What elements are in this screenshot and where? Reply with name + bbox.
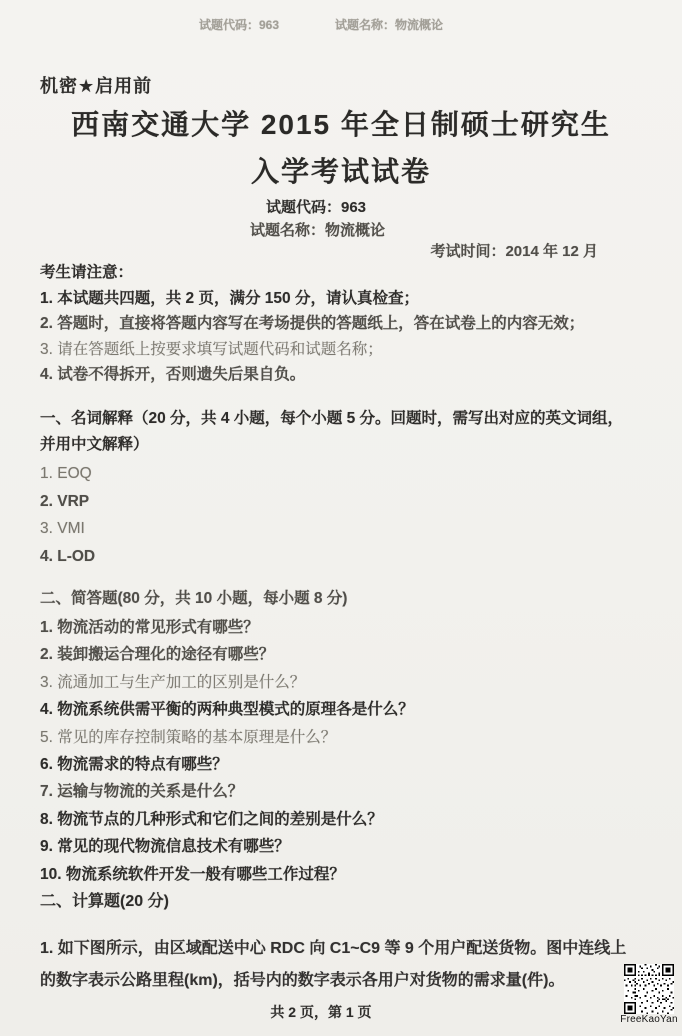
page-number: 共 2 页，第 1 页 [0,1002,682,1022]
notice-item: 4. 试卷不得拆开，否则遗失后果自负。 [40,362,655,388]
running-header: 试题代码：963 试题名称：物流概论 [0,16,682,33]
exam-title-line2: 入学考试试卷 [0,148,682,195]
list-item: 3. VMI [40,515,636,543]
exam-title-line1: 西南交通大学 2015 年全日制硕士研究生 [0,101,682,148]
watermark-caption: FreeKaoYan [619,1014,679,1025]
section3-problem-text: 1. 如下图所示，由区域配送中心 RDC 向 C1~C9 等 9 个用户配送货物… [40,933,640,997]
list-item: 4. 物流系统供需平衡的两种典型模式的原理各是什么？ [40,696,655,723]
running-header-name: 试题名称：物流概论 [335,16,443,33]
list-item: 1. EOQ [40,460,636,488]
section3-heading: 二、计算题(20 分) [40,888,640,916]
section-short-answer: 二、简答题(80 分，共 10 小题，每小题 8 分) 1. 物流活动的常见形式… [40,584,655,888]
section-calculation: 二、计算题(20 分) 1. 如下图所示，由区域配送中心 RDC 向 C1~C9… [40,888,640,997]
list-item: 9. 常见的现代物流信息技术有哪些？ [40,833,655,860]
list-item: 3. 流通加工与生产加工的区别是什么？ [40,669,655,696]
list-item: 8. 物流节点的几种形式和它们之间的差别是什么？ [40,806,655,833]
list-item: 6. 物流需求的特点有哪些？ [40,751,655,778]
list-item: 7. 运输与物流的关系是什么？ [40,778,655,805]
exam-title: 西南交通大学 2015 年全日制硕士研究生 入学考试试卷 [0,101,682,195]
list-item: 2. 装卸搬运合理化的途径有哪些？ [40,641,655,668]
exam-time: 考试时间：2014 年 12 月 [0,240,598,261]
section2-heading: 二、简答题(80 分，共 10 小题，每小题 8 分) [40,584,655,614]
qr-code-icon [624,964,674,1014]
exam-code: 试题代码：963 [250,196,385,219]
notice-heading: 考生请注意： [40,260,655,286]
running-header-code: 试题代码：963 [199,16,279,33]
list-item: 1. 物流活动的常见形式有哪些？ [40,614,655,641]
list-item: 5. 常见的库存控制策略的基本原理是什么？ [40,724,655,751]
list-item: 10. 物流系统软件开发一般有哪些工作过程？ [40,861,655,888]
section-definitions: 一、名词解释（20 分，共 4 小题，每个小题 5 分。回题时，需写出对应的英文… [40,406,636,570]
exam-meta: 试题代码：963 试题名称：物流概论 [250,196,385,242]
classification-label: 机密★启用前 [40,72,152,98]
watermark-block: FreeKaoYan [619,964,679,1025]
list-item: 2. VRP [40,488,636,516]
notice-item: 1. 本试题共四题，共 2 页，满分 150 分，请认真检查； [40,286,655,312]
section1-heading: 一、名词解释（20 分，共 4 小题，每个小题 5 分。回题时，需写出对应的英文… [40,406,636,458]
notice-item: 3. 请在答题纸上按要求填写试题代码和试题名称； [40,337,655,363]
exam-subject: 试题名称：物流概论 [250,219,385,242]
list-item: 4. L-OD [40,543,636,571]
notice-item: 2. 答题时，直接将答题内容写在考场提供的答题纸上，答在试卷上的内容无效； [40,311,655,337]
notice-block: 考生请注意： 1. 本试题共四题，共 2 页，满分 150 分，请认真检查； 2… [40,260,655,388]
exam-paper-page: 试题代码：963 试题名称：物流概论 机密★启用前 西南交通大学 2015 年全… [0,0,682,1036]
